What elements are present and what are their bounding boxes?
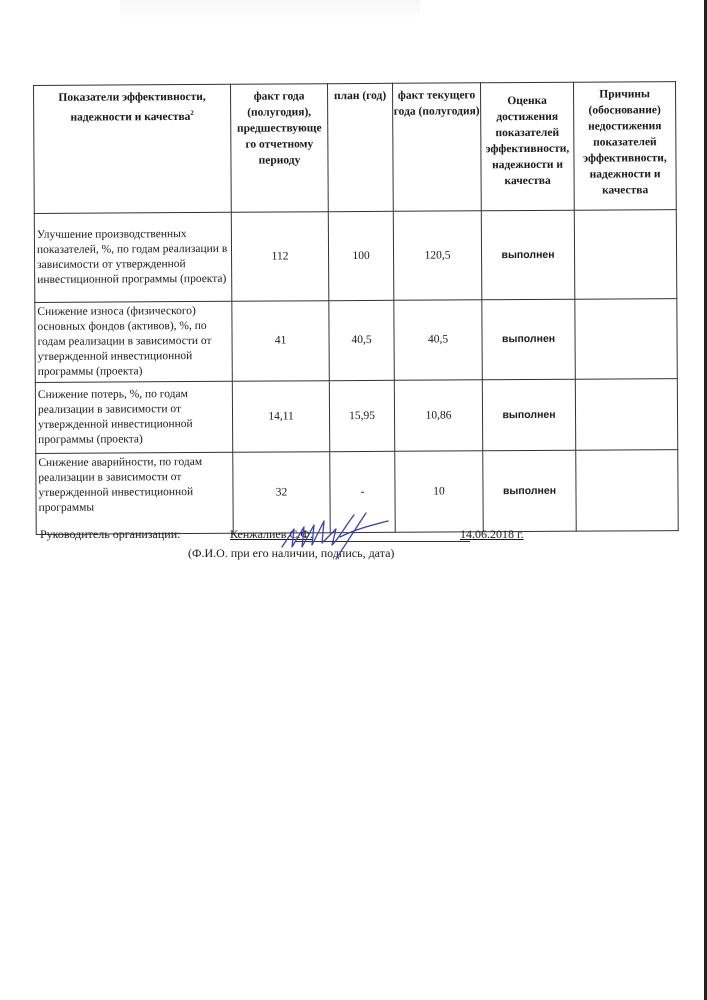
- cell-assessment: выполнен: [482, 299, 575, 380]
- cell-indicator: Снижение износа (физического) основных ф…: [35, 301, 232, 382]
- cell-assessment: выполнен: [483, 450, 576, 532]
- cell-reasons: [576, 450, 678, 532]
- cell-fact-prev: 112: [231, 212, 329, 302]
- document-page: Показатели эффективности, надежности и к…: [0, 0, 707, 1000]
- table-header-row: Показатели эффективности, надежности и к…: [34, 82, 677, 214]
- signature-label: Руководитель организации:: [40, 527, 180, 542]
- table-row: Снижение потерь, %, по годам реализации …: [35, 379, 677, 454]
- cell-indicator: Снижение потерь, %, по годам реализации …: [35, 381, 232, 453]
- cell-reasons: [574, 210, 677, 300]
- cell-assessment: выполнен: [481, 210, 575, 300]
- header-indicator: Показатели эффективности, надежности и к…: [34, 84, 232, 213]
- header-fact-prev: факт года (полугодия), предшествующе го …: [230, 84, 328, 213]
- header-fact-current: факт текущего года (полугодия): [392, 83, 481, 212]
- table-row: Снижение износа (физического) основных ф…: [35, 299, 677, 383]
- cell-fact-current: 10: [395, 451, 483, 533]
- cell-plan: 40,5: [329, 300, 394, 380]
- cell-fact-prev: 14,11: [232, 381, 329, 453]
- signature-date: 14.06.2018 г.: [460, 527, 524, 542]
- cell-assessment: выполнен: [482, 379, 575, 451]
- header-plan: план (год): [327, 83, 393, 211]
- cell-fact-current: 10,86: [394, 380, 482, 452]
- footnote-marker: 2: [190, 109, 194, 117]
- cell-plan: 15,95: [329, 380, 394, 451]
- cell-reasons: [575, 299, 677, 380]
- faint-scan-artifact: [120, 0, 420, 20]
- cell-fact-current: 40,5: [394, 300, 482, 381]
- cell-plan: 100: [328, 211, 394, 300]
- header-assessment: Оценка достижения показателей эффективно…: [480, 82, 574, 211]
- header-indicator-text: Показатели эффективности, надежности и к…: [58, 91, 205, 124]
- cell-fact-prev: 41: [232, 301, 329, 382]
- cell-fact-current: 120,5: [393, 211, 482, 301]
- cell-indicator: Улучшение производственных показателей, …: [34, 212, 232, 302]
- cell-reasons: [575, 379, 677, 451]
- indicators-table: Показатели эффективности, надежности и к…: [33, 81, 679, 535]
- header-reasons: Причины (обоснование) недостижения показ…: [573, 82, 676, 211]
- table-row: Улучшение производственных показателей, …: [34, 210, 677, 303]
- handwritten-signature-icon: [280, 507, 390, 562]
- cell-indicator: Снижение аварийности, по годам реализаци…: [36, 452, 233, 534]
